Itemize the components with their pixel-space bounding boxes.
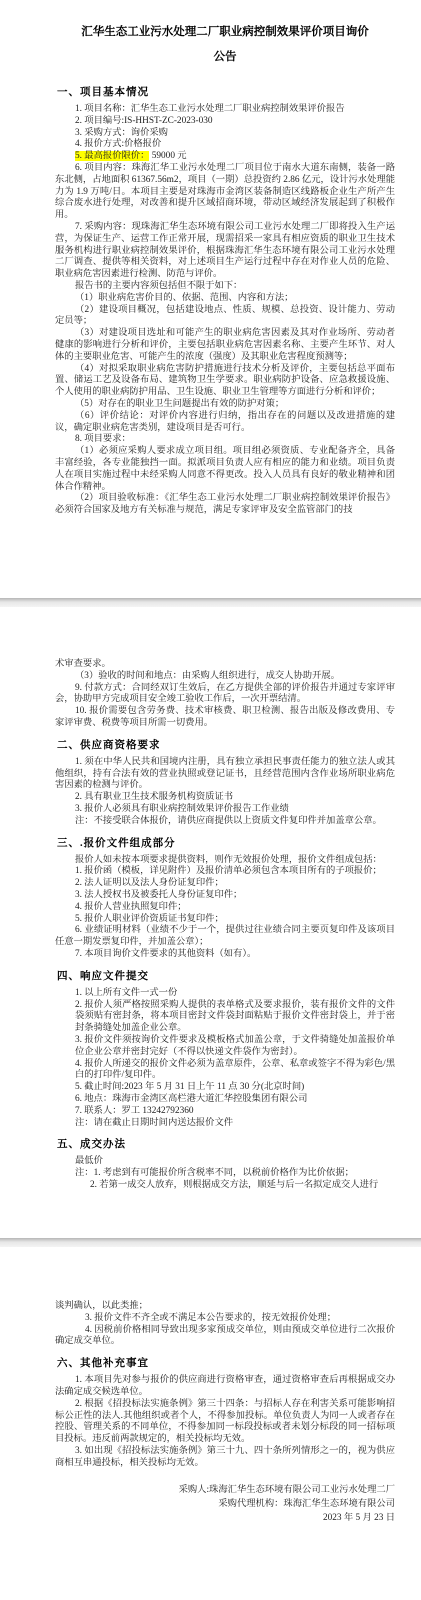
paragraph: （1）必须应采购人要求成立项目组。项目组必须资质、专业配备齐全，具备丰富经验，各…: [55, 446, 395, 493]
paragraph: 1. 报价函（模板，详见附件）及报价清单必须包含本项目所有的子项报价；: [55, 866, 395, 878]
paragraph: 4. 因税前价格相同导致出现多家预成交单位，则由预成交单位进行二次报价确定成交单…: [55, 1325, 395, 1349]
contact: 7. 联系人：罗工 13242792360: [75, 1106, 395, 1118]
paragraph: 3. 报价文件不齐全或不满足本公告要求的，按无效报价处理；: [85, 1313, 395, 1325]
page-break: [0, 1238, 421, 1247]
paragraph: 注：请在截止日期时间内送达报价文件: [75, 1118, 395, 1130]
paragraph: 4. 报价人所递交的报价文件必须为盖章原件，公章、私章或签字不得为彩色/黑白的打…: [75, 1059, 395, 1083]
paragraph: （3）对建设项目选址和可能产生的职业病危害因素及其对作业场所、劳动者健康的影响进…: [55, 328, 395, 363]
max-price-limit: 5. 最高报价限价： 59000 元: [55, 151, 395, 163]
paragraph: 注：不接受联合体报价，请供应商提供以上资质文件复印件并加盖章公章。: [55, 816, 395, 828]
paragraph: 1. 须在中华人民共和国境内注册，具有独立承担民事责任能力的独立法人或其他组织，…: [55, 757, 395, 792]
signature-agent: 采购代理机构：珠海汇华生态环境有限公司: [55, 1497, 395, 1511]
signature-buyer: 采购人:珠海汇华生态环境有限公司工业污水处理二厂: [55, 1483, 395, 1497]
section-6-heading: 六、其他补充事宜: [57, 1355, 395, 1370]
paragraph: 报告书的主要内容须包括但不限于如下：: [55, 281, 395, 293]
paragraph: 术审查要求。: [55, 659, 395, 671]
project-name: 1. 项目名称：汇华生态工业污水处理二厂职业病控制效果评价报告: [55, 104, 395, 116]
paragraph: 2. 法人证明以及法人身份证复印件；: [55, 878, 395, 890]
page-break: [0, 598, 421, 607]
section-3-heading: 三、.报价文件组成部分: [57, 835, 395, 850]
max-price-value: 59000 元: [152, 151, 187, 161]
paragraph: 谈判确认，以此类推；: [55, 1301, 395, 1313]
document-page-2: 术审查要求。 （3）验收的时间和地点：由采购人组织进行，成交人协助开展。 9. …: [0, 607, 421, 1238]
paragraph: 注：1. 考虑到有可能报价所含税率不同，以税前价格作为比价依据；: [75, 1168, 395, 1180]
paragraph: （3）验收的时间和地点：由采购人组织进行，成交人协助开展。: [55, 671, 395, 683]
paragraph: （5）对存在的职业卫生问题提出有效的防护对策；: [55, 399, 395, 411]
paragraph: 3. 如出现《招投标法实施条例》第三十九、四十条所列情形之一的，视为供应商相互串…: [55, 1446, 395, 1470]
document-page-1: 汇华生态工业污水处理二厂职业病控制效果评价项目询价公告 一、项目基本情况 1. …: [0, 0, 421, 598]
address: 6. 地点：珠海市金湾区高栏港大道汇华控股集团有限公司: [75, 1094, 395, 1106]
paragraph: 3. 报价文件须按询价文件要求及模板格式加盖公章，于文件骑缝处加盖报价单位企业公…: [75, 1035, 395, 1059]
paragraph: 2. 具有职业卫生技术服务机构资质证书: [55, 792, 395, 804]
purchase-method: 3. 采购方式：询价采购: [55, 128, 395, 140]
payment-terms: 9. 付款方式：合同经双订生效后，在乙方提供全部的评价报告并通过专家评审会，协助…: [55, 683, 395, 707]
paragraph: 2. 根据《招投标法实施条例》第三十四条：与招标人存在利害关系可能影响招标公正性…: [55, 1399, 395, 1446]
project-content: 6. 项目内容：珠海汇华工业污水处理二厂项目位于南水大道东南侧，装备一路东北侧，…: [55, 163, 395, 222]
paragraph: （1）职业病危害价目的、依据、范围、内容和方法；: [55, 293, 395, 305]
paragraph: 2. 若第一成交人放弃，则根据成交方法，顺延与后一名拟定成交人进行: [90, 1180, 395, 1192]
paragraph: 最低价: [75, 1156, 395, 1168]
paragraph: （6）评价结论：对评价内容进行归纳，指出存在的问题以及改进措施的建议，确定职业病…: [55, 411, 395, 435]
section-1-heading: 一、项目基本情况: [57, 84, 395, 99]
doc-title: 汇华生态工业污水处理二厂职业病控制效果评价项目询价公告: [77, 20, 373, 70]
paragraph: 1. 本项目先对参与报价的供应商进行资格审查，通过资格审查后再根据成交办法确定成…: [55, 1375, 395, 1399]
paragraph: （4）对拟采取职业病危害防护措施进行技术分析及评价，主要包括总平面布置、储运工艺…: [55, 364, 395, 399]
quote-method: 4. 报价方式:价格报价: [55, 139, 395, 151]
deadline: 5. 截止时间:2023 年 5 月 31 日上午 11 点 30 分(北京时间…: [75, 1082, 395, 1094]
paragraph: 3. 报价人必须具有职业病控制效果评价报告工作业绩: [55, 804, 395, 816]
max-price-highlight: 5. 最高报价限价：: [75, 151, 149, 161]
paragraph: 8. 项目要求：: [55, 434, 395, 446]
paragraph: （2）项目验收标准：《汇华生态工业污水处理二厂职业病控制效果评价报告》必须符合国…: [55, 493, 395, 517]
section-4-heading: 四、响应文件提交: [57, 968, 395, 983]
signature-block: 采购人:珠海汇华生态环境有限公司工业污水处理二厂 采购代理机构：珠海汇华生态环境…: [55, 1483, 395, 1525]
paragraph: （2）建设项目概况，包括建设地点、性质、规模、总投资、设计能力、劳动定员等；: [55, 305, 395, 329]
paragraph: 1. 以上所有文件一式一份: [75, 988, 395, 1000]
paragraph: 3. 法人授权书及被委托人身份证复印件；: [55, 890, 395, 902]
project-number: 2. 项目编号:IS-HHST-ZC-2023-030: [55, 116, 395, 128]
section-5-heading: 五、成交办法: [57, 1136, 395, 1151]
section-2-heading: 二、供应商资格要求: [57, 737, 395, 752]
document-page-3: 谈判确认，以此类推； 3. 报价文件不齐全或不满足本公告要求的，按无效报价处理；…: [0, 1247, 421, 1600]
signature-date: 2023 年 5 月 23 日: [55, 1511, 395, 1525]
paragraph: 6. 业绩证明材料（业绩不少于一个，提供过往业绩合同主要页复印件及该项目任意一期…: [55, 925, 395, 949]
paragraph: 7. 本项目询价文件要求的其他资料（如有）。: [55, 949, 395, 961]
paragraph: 5. 报价人职业评价资质证书复印件；: [55, 914, 395, 926]
paragraph: 4. 报价人营业执照复印件；: [55, 902, 395, 914]
paragraph: 报价人如未按本项要求提供资料，则作无效报价处理，报价文件组成包括：: [55, 855, 395, 867]
purchase-content: 7. 采购内容：现珠海汇华生态环境有限公司工业污水处理二厂即将投入生产运营，为保…: [55, 222, 395, 281]
paragraph: 10. 报价需要包含劳务费、技术审核费、职卫检测、报告出版及修改费用、专家评审费…: [55, 706, 395, 730]
paragraph: 2. 报价人须严格按照采购人提供的表单格式及要求报价，装有报价文件的文件袋须贴有…: [75, 1000, 395, 1035]
